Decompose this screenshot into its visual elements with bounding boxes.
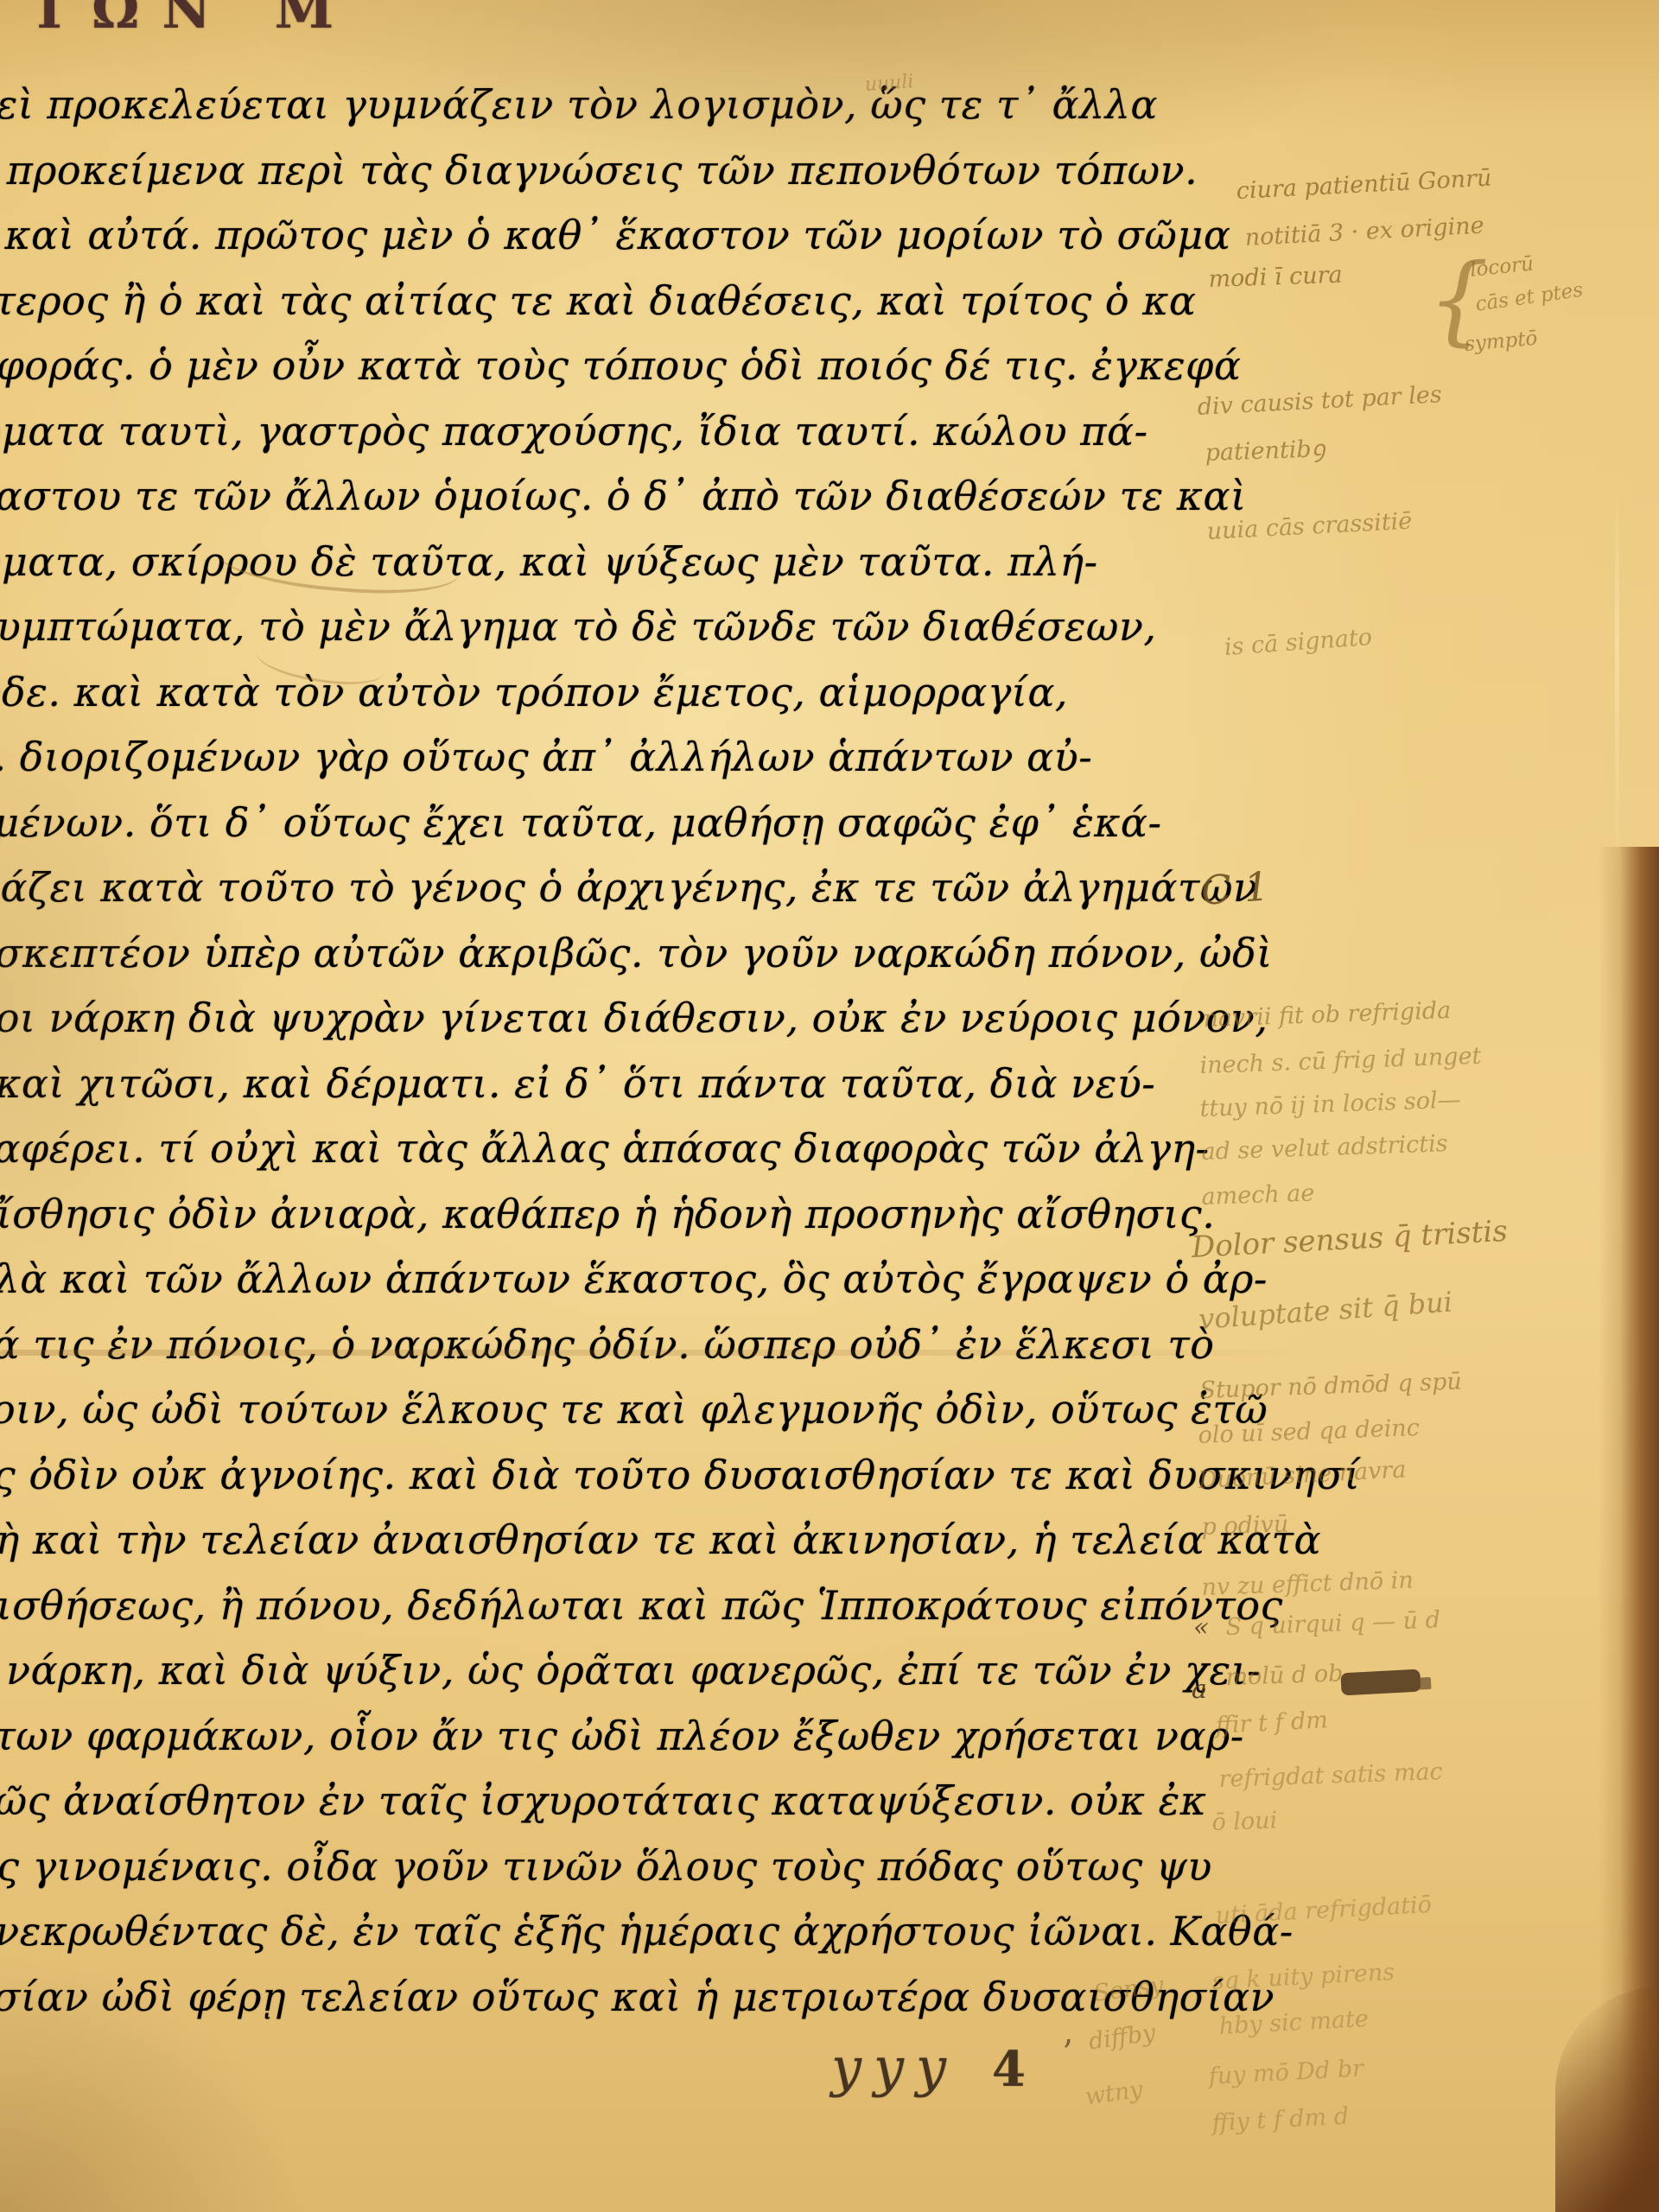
text-line: καστου τε τῶν ἄλλων ὁμοίως. ὁ δ᾽ ἀπὸ τῶν… <box>0 464 1300 530</box>
text-line: λλὰ καὶ τῶν ἄλλων ἁπάντων ἕκαστος, ὃς αὐ… <box>0 1247 1300 1313</box>
text-line: συμπτώματα, τὸ μὲν ἄλγημα τὸ δὲ τῶνδε τῶ… <box>0 594 1300 660</box>
text-line: , σκεπτέον ὑπὲρ αὐτῶν ἀκριβῶς. τὸν γοῦν … <box>0 921 1300 987</box>
handwritten-marginal-note: « <box>1193 1612 1209 1643</box>
text-line: αἴσθησις ὀδὶν ἀνιαρὰ, καθάπερ ἡ ἡδονὴ πρ… <box>0 1182 1300 1248</box>
text-line: αισθήσεως, ἢ πόνου, δεδήλωται καὶ πῶς Ἱπ… <box>0 1573 1300 1639</box>
text-line: ς καὶ αὐτά. πρῶτος μὲν ὁ καθ᾽ ἕκαστον τῶ… <box>0 203 1300 269</box>
text-line: , νεκρωθέντας δὲ, ἐν ταῖς ἑξῆς ἡμέραις ἀ… <box>0 1899 1300 1965</box>
handwritten-marginal-note: patientibꝯ <box>1205 431 1325 467</box>
text-line: ομένων. ὅτι δ᾽ οὕτως ἔχει ταῦτα, μαθήσῃ … <box>0 791 1300 856</box>
signature-tick: ʼ <box>1061 2034 1072 2074</box>
scanned-book-page: ΤΩΝ Μ ἀεὶ προκελεύεται γυμνάζειν τὸν λογ… <box>0 0 1659 2212</box>
text-line: ύτερος ἢ ὁ καὶ τὰς αἰτίας τε καὶ διαθέσε… <box>0 269 1300 334</box>
text-line: ώματα ταυτὶ, γαστρὸς πασχούσης, ἴδια ταυ… <box>0 399 1300 465</box>
handwritten-marginal-note: uuuli <box>864 71 914 96</box>
handwritten-marginal-note: cās et ptes <box>1474 279 1585 316</box>
text-line: ναφέρει. τί οὐχὶ καὶ τὰς ἄλλας ἁπάσας δι… <box>0 1116 1300 1182</box>
page-edge-corner <box>1555 1987 1659 2212</box>
handwritten-marginal-note: a <box>1192 1675 1207 1705</box>
handwritten-marginal-note: molū d ob <box>1225 1660 1344 1691</box>
text-line: τοιν, ὡς ὠδὶ τούτων ἕλκους τε καὶ φλεγμο… <box>0 1377 1300 1443</box>
text-line: ος γινομέναις. οἶδα γοῦν τινῶν ὅλους τοὺ… <box>0 1834 1300 1900</box>
text-line: κὴ καὶ τὴν τελείαν ἀναισθησίαν τε καὶ ἀκ… <box>0 1508 1300 1573</box>
greek-text-block: ἀεὶ προκελεύεται γυμνάζειν τὸν λογισμὸν,… <box>0 73 1300 2030</box>
text-line: ἡ νάρκη, καὶ διὰ ψύξιν, ὡς ὁρᾶται φανερῶ… <box>0 1638 1300 1704</box>
page-edge-highlight <box>1615 484 1619 881</box>
signature-mark: yyy <box>831 2036 958 2099</box>
handwritten-marginal-note: wtny <box>1084 2076 1144 2111</box>
text-line: ντων φαρμάκων, οἷον ἄν τις ὠδὶ πλέον ἔξω… <box>0 1704 1300 1770</box>
ink-blot <box>1340 1669 1421 1696</box>
text-line: ῶδε. καὶ κατὰ τὸν αὐτὸν τρόπον ἔμετος, α… <box>0 660 1300 726</box>
handwritten-marginal-note: ō loui <box>1211 1807 1278 1836</box>
handwritten-marginal-note: amech ae <box>1201 1179 1315 1211</box>
handwritten-marginal-note: fuy mō Dd br <box>1208 2056 1364 2090</box>
handwritten-marginal-note: C 1 <box>1199 862 1271 913</box>
signature-number: 4 <box>992 2041 1026 2098</box>
handwritten-marginal-note: ffiy t f dm d <box>1211 2103 1350 2137</box>
handwritten-marginal-note: p odivū <box>1201 1510 1289 1540</box>
text-line: λῶς ἀναίσθητον ἐν ταῖς ἰσχυροτάταις κατα… <box>0 1769 1300 1834</box>
text-line: ῆς ὀδὶν οὐκ ἀγνοίης. καὶ διὰ τοῦτο δυσαι… <box>0 1443 1300 1509</box>
handwritten-marginal-note: ffir t f dm <box>1215 1707 1329 1739</box>
text-line: νάζει κατὰ τοῦτο τὸ γένος ὁ ἀρχιγένης, ἐ… <box>0 855 1300 921</box>
text-line: αφοράς. ὁ μὲν οὖν κατὰ τοὺς τόπους ὁδὶ π… <box>0 334 1300 399</box>
text-line: , καὶ χιτῶσι, καὶ δέρματι. εἰ δ᾽ ὅτι πάν… <box>0 1052 1300 1117</box>
running-header-fragment: ΤΩΝ Μ <box>29 0 356 41</box>
text-line: ώματα, σκίρρου δὲ ταῦτα, καὶ ψύξεως μὲν … <box>0 530 1300 595</box>
text-line: ποι νάρκη διὰ ψυχρὰν γίνεται διάθεσιν, ο… <box>0 986 1300 1052</box>
handwritten-marginal-note: modi ī cura <box>1208 262 1343 293</box>
paper-crease <box>0 1350 1322 1356</box>
text-line: ν προκείμενα περὶ τὰς διαγνώσεις τῶν πεπ… <box>0 138 1300 204</box>
text-line: ρά τις ἐν πόνοις, ὁ ναρκώδης ὀδίν. ὥσπερ… <box>0 1313 1300 1378</box>
text-line: ν. διοριζομένων γὰρ οὕτως ἀπ᾽ ἀλλήλων ἁπ… <box>0 725 1300 791</box>
text-line: ἀεὶ προκελεύεται γυμνάζειν τὸν λογισμὸν,… <box>0 73 1300 138</box>
